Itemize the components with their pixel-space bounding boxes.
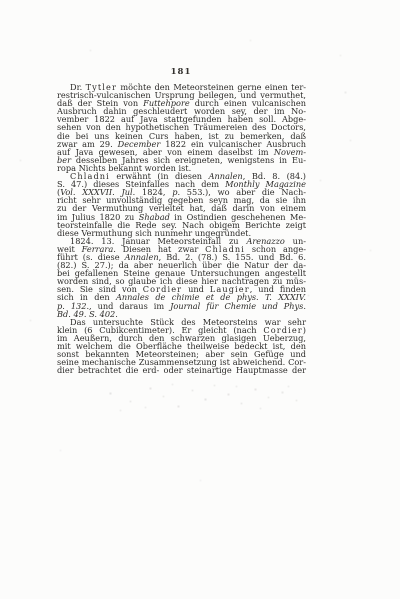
paragraph: Das untersuchte Stück des Meteorsteins w… [57, 318, 306, 375]
italic-text: Journal für Chemie und Phys. [170, 301, 306, 311]
scanned-page: 181 Dr. Tytler möchte den Meteorsteinen … [0, 0, 400, 599]
body-text: dier betrachtet die erd- oder steinartig… [57, 365, 306, 375]
paragraph: Chladni erwähnt (in diesen Annalen, Bd. … [57, 172, 306, 237]
page-number: 181 [57, 67, 305, 77]
paragraph: 1824. 13. Januar Meteorsteinfall zu Aren… [57, 237, 306, 318]
page-text: Dr. Tytler möchte den Meteorsteinen gern… [57, 83, 306, 374]
scan-noise-scatter [0, 0, 1, 1]
text-line: dier betrachtet die erd- oder steinartig… [57, 366, 306, 374]
paragraph: Dr. Tytler möchte den Meteorsteinen gern… [57, 83, 306, 172]
